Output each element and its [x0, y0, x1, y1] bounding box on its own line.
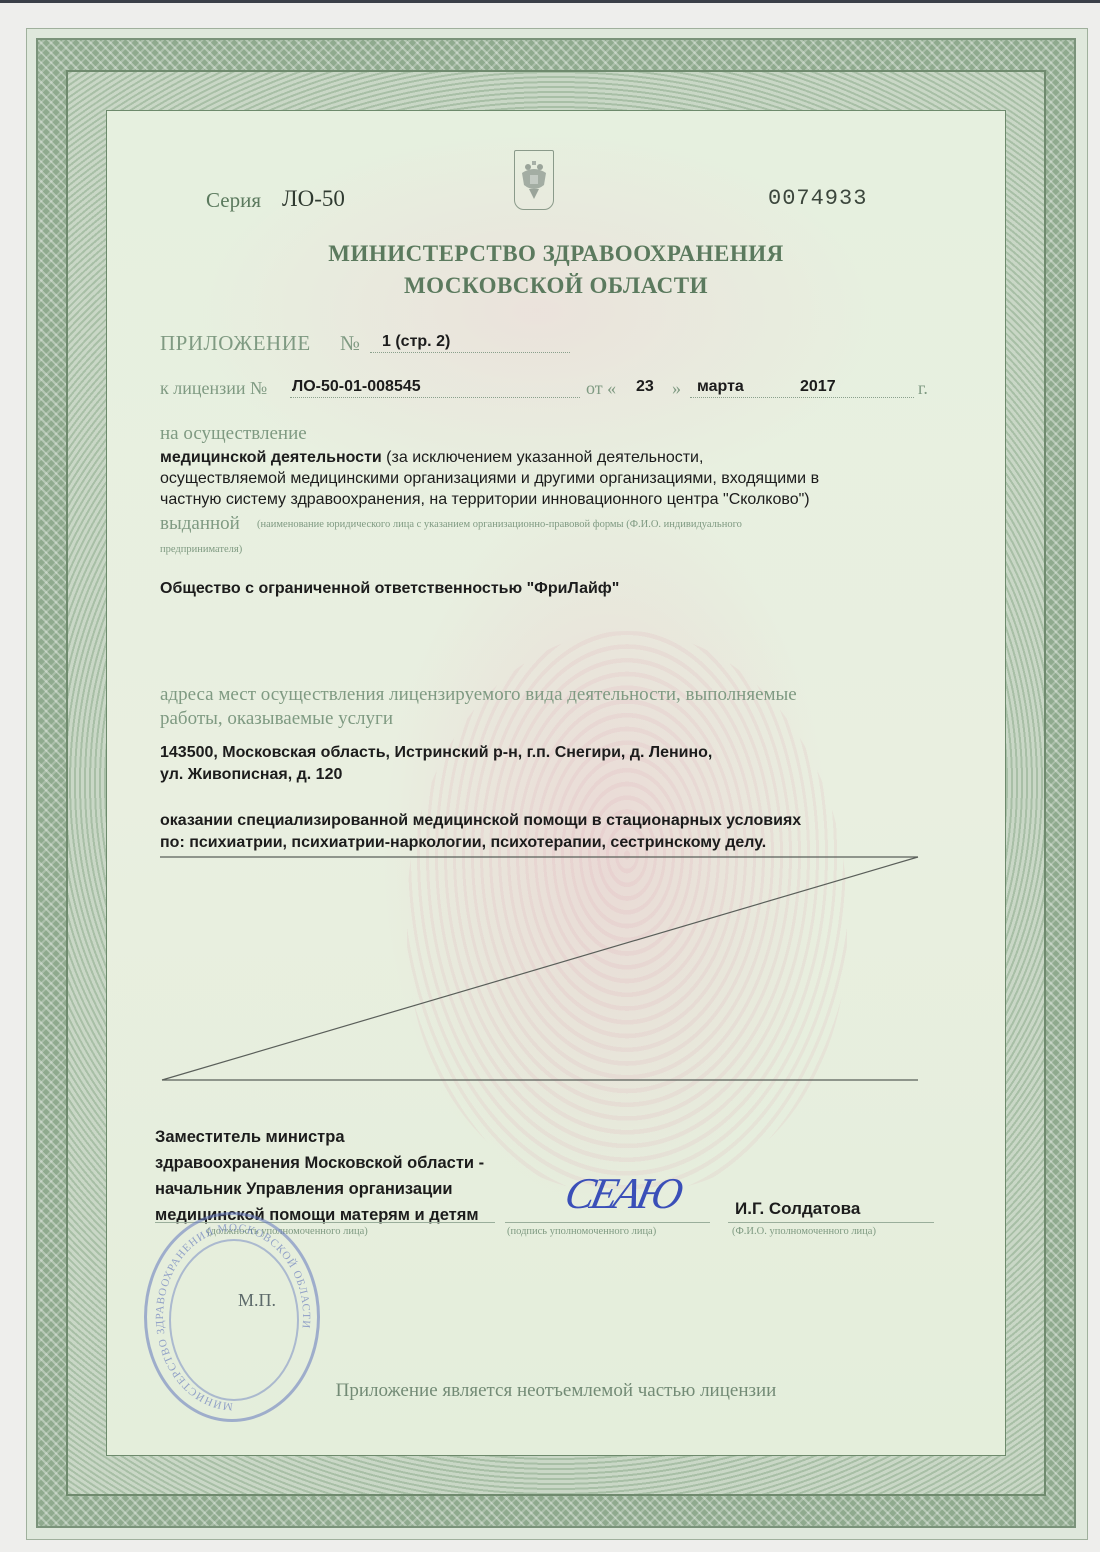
- license-number: ЛО-50-01-008545: [292, 378, 421, 396]
- caption-signature: (подпись уполномоченного лица): [507, 1226, 656, 1237]
- issued-label: выданной: [160, 513, 240, 535]
- caption-name: (Ф.И.О. уполномоченного лица): [732, 1226, 876, 1237]
- signature-underline: [505, 1222, 710, 1223]
- activity-label: на осуществление: [160, 423, 307, 445]
- addresses-label-1: адреса мест осуществления лицензируемого…: [160, 683, 940, 707]
- signer-name: И.Г. Солдатова: [735, 1199, 860, 1219]
- issued-hint-2: предпринимателя): [160, 544, 242, 555]
- serial-number: 0074933: [768, 186, 867, 211]
- coat-of-arms: [514, 150, 554, 210]
- appendix-label: ПРИЛОЖЕНИЕ: [160, 331, 311, 356]
- date-month: марта: [697, 378, 744, 396]
- year-suffix: г.: [918, 378, 928, 399]
- address-line-2: ул. Живописная, д. 120: [160, 764, 940, 786]
- services-line-1: оказании специализированной медицинской …: [160, 810, 940, 832]
- series-label: Серия: [206, 188, 261, 213]
- activity-type: медицинской деятельности: [160, 449, 382, 466]
- appendix-underline: [370, 352, 570, 353]
- activity-description-3: частную систему здравоохранения, на терр…: [160, 489, 960, 510]
- signer-position-3: начальник Управления организации: [155, 1176, 555, 1202]
- authority-line-1: МИНИСТЕРСТВО ЗДРАВООХРАНЕНИЯ: [106, 238, 1006, 270]
- activity-description-2: осуществляемой медицинскими организациям…: [160, 468, 960, 489]
- date-underline: [690, 397, 914, 398]
- services-line-2: по: психиатрии, психиатрии-наркологии, п…: [160, 832, 940, 854]
- issued-hint-1: (наименование юридического лица с указан…: [257, 519, 742, 530]
- license-underline: [290, 397, 580, 398]
- date-close-quote: »: [672, 378, 681, 399]
- address-line-1: 143500, Московская область, Истринский р…: [160, 742, 940, 764]
- date-from-label: от «: [586, 378, 616, 399]
- footer-note: Приложение является неотъемлемой частью …: [106, 1380, 1006, 1402]
- licensee-name: Общество с ограниченной ответственностью…: [160, 580, 619, 598]
- license-label: к лицензии №: [160, 378, 267, 399]
- appendix-number-sign: №: [340, 331, 360, 356]
- signer-position-2: здравоохранения Московской области -: [155, 1150, 555, 1176]
- double-headed-eagle-icon: [519, 159, 549, 201]
- signature: СЕАЮ: [561, 1168, 684, 1219]
- name-underline: [728, 1222, 934, 1223]
- activity-description-1: (за исключением указанной деятельности,: [382, 449, 704, 466]
- blank-space-cancellation-line: [160, 856, 920, 1084]
- scan-top-edge: [0, 0, 1100, 3]
- date-year: 2017: [800, 378, 836, 396]
- series-value: ЛО-50: [282, 186, 345, 212]
- appendix-value: 1 (стр. 2): [382, 333, 450, 351]
- seal-label: М.П.: [238, 1290, 276, 1311]
- signer-position-1: Заместитель министра: [155, 1124, 555, 1150]
- date-day: 23: [636, 378, 654, 396]
- authority-line-2: МОСКОВСКОЙ ОБЛАСТИ: [106, 270, 1006, 302]
- addresses-label-2: работы, оказываемые услуги: [160, 707, 940, 731]
